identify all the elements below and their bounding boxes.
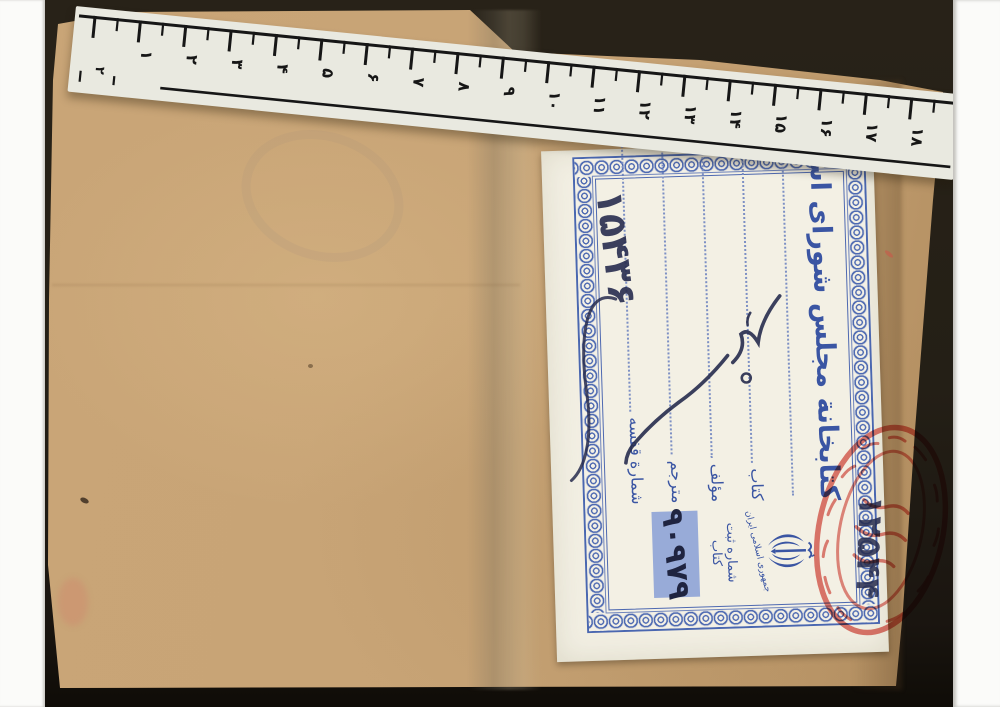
svg-text:۱۲: ۱۲ bbox=[635, 99, 656, 121]
scanner-margin-left bbox=[0, 0, 45, 707]
svg-text:۵: ۵ bbox=[318, 67, 338, 79]
svg-text:۳: ۳ bbox=[227, 58, 247, 70]
svg-text:۱۵: ۱۵ bbox=[771, 113, 792, 135]
pink-smudge bbox=[58, 578, 88, 626]
cover-crease-line bbox=[52, 284, 520, 287]
svg-text:۱۸: ۱۸ bbox=[907, 126, 928, 148]
registration-number-value: ۹۰۹۷۹ bbox=[655, 507, 698, 601]
ink-speck bbox=[308, 364, 313, 368]
translator-field-label: مترجم bbox=[667, 460, 687, 505]
book-field-label: کتاب bbox=[747, 468, 767, 503]
scanner-margin-right bbox=[953, 0, 1000, 707]
svg-text:۱: ۱ bbox=[137, 49, 157, 61]
scanned-book-cover: جمهوری اسلامی ایران شماره ثبت کتاب ۹۰۹۷۹… bbox=[0, 0, 1000, 707]
ruler-edge-numeral: ۲ bbox=[91, 66, 107, 75]
svg-text:۱۰: ۱۰ bbox=[544, 90, 565, 111]
shelf-number-field-label: شمارة قفسه bbox=[625, 417, 647, 507]
svg-text:۱۶: ۱۶ bbox=[816, 117, 837, 138]
svg-text:۱۱: ۱۱ bbox=[589, 95, 610, 116]
svg-text:۶: ۶ bbox=[364, 72, 384, 84]
svg-text:۸: ۸ bbox=[454, 81, 474, 93]
svg-text:۴: ۴ bbox=[273, 63, 293, 75]
registration-number-label: شماره ثبت کتاب bbox=[707, 509, 740, 596]
author-field-label: مؤلف bbox=[707, 463, 727, 504]
svg-text:۱۷: ۱۷ bbox=[862, 122, 883, 144]
stamp-center-text-marks bbox=[849, 499, 911, 569]
svg-text:۷: ۷ bbox=[409, 77, 429, 89]
svg-text:۹: ۹ bbox=[500, 86, 520, 98]
svg-text:۲: ۲ bbox=[182, 54, 202, 66]
svg-text:۱۳: ۱۳ bbox=[680, 104, 701, 126]
registration-number-box: ۹۰۹۷۹ bbox=[651, 511, 700, 598]
svg-text:۱۴: ۱۴ bbox=[726, 108, 747, 130]
